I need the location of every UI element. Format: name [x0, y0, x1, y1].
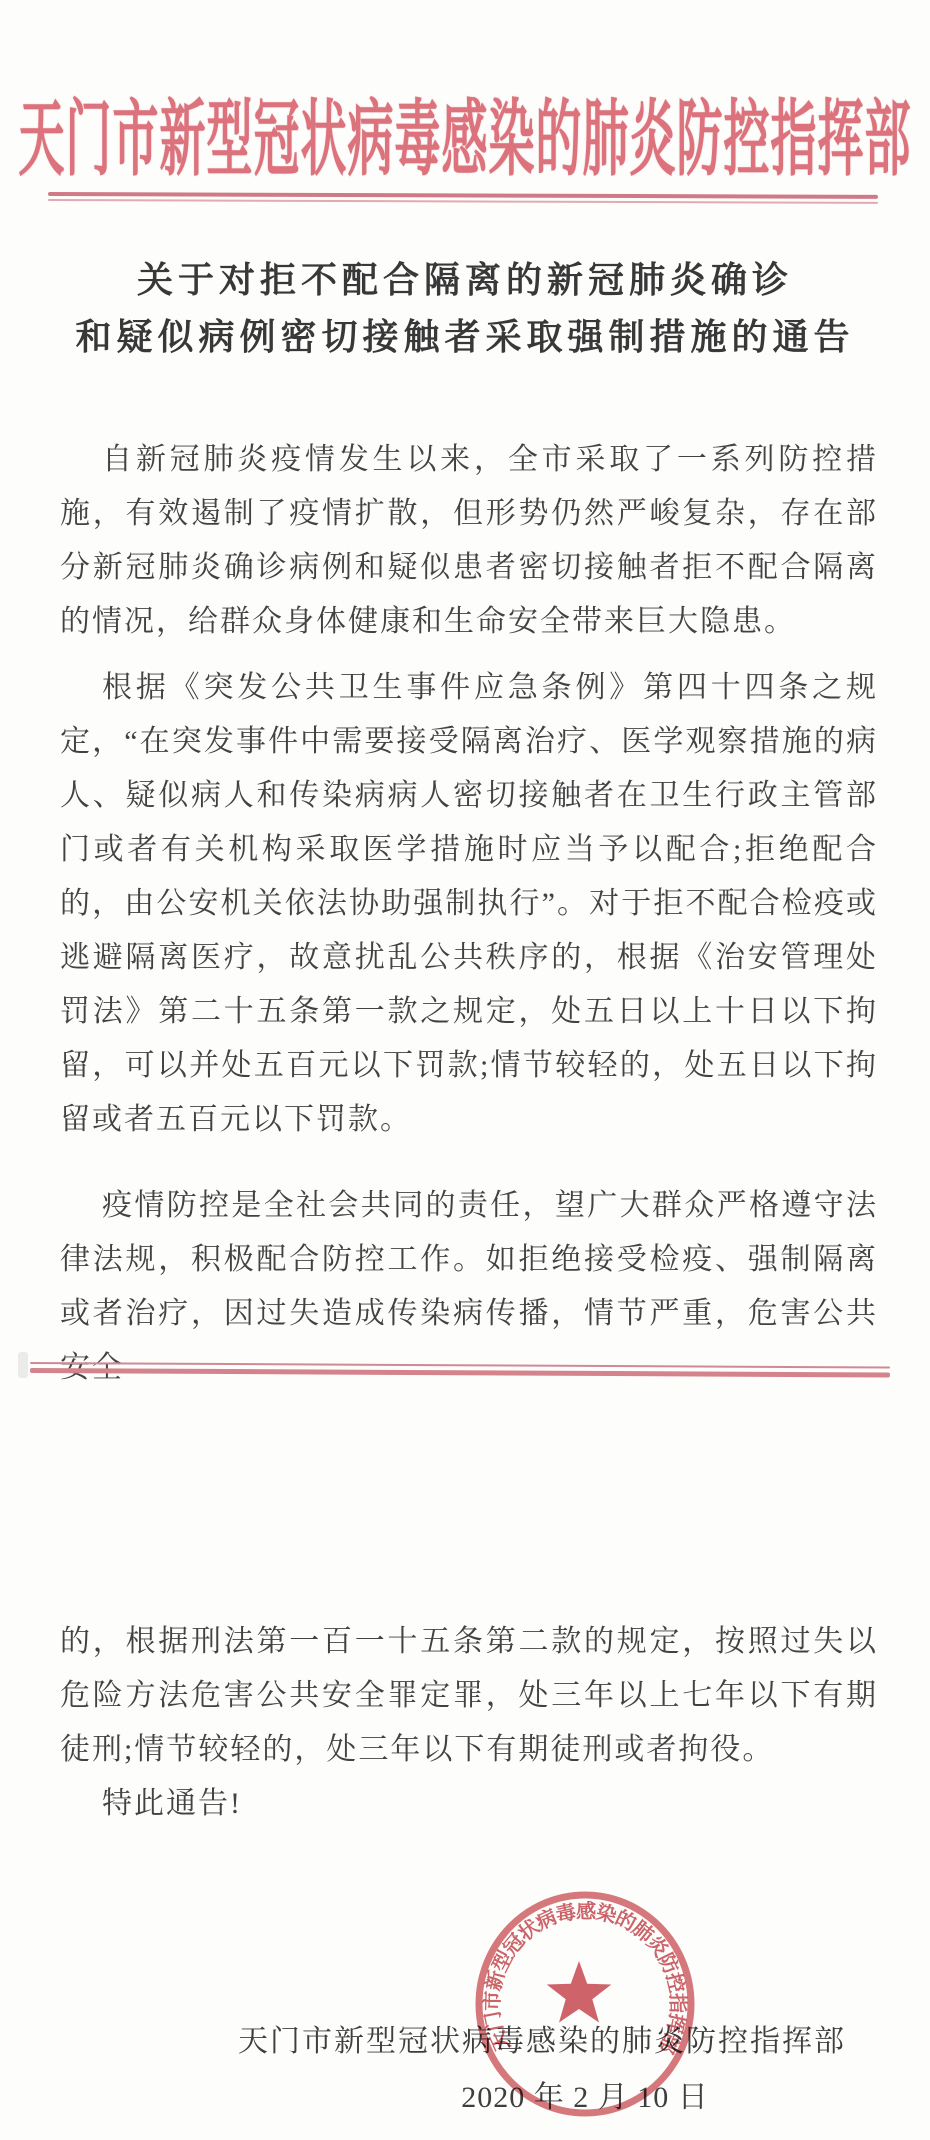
notice-document: 天门市新型冠状病毒感染的肺炎防控指挥部 关于对拒不配合隔离的新冠肺炎确诊 和疑似… [0, 0, 930, 2140]
page1-body: 自新冠肺炎疫情发生以来，全市采取了一系列防控措施，有效遏制了疫情扩散，但形势仍然… [60, 433, 878, 1395]
scan-artifact [18, 1352, 28, 1378]
document-title: 关于对拒不配合隔离的新冠肺炎确诊 和疑似病例密切接触者采取强制措施的通告 [0, 252, 930, 366]
page2-body: 的，根据刑法第一百一十五条第二款的规定，按照过失以危险方法危害公共安全罪定罪，处… [60, 1615, 878, 1831]
divider-thin-line [48, 199, 878, 204]
paragraph-4-continuation: 的，根据刑法第一百一十五条第二款的规定，按照过失以危险方法危害公共安全罪定罪，处… [60, 1615, 878, 1777]
red-star-icon [547, 1961, 612, 2023]
paragraph-1: 自新冠肺炎疫情发生以来，全市采取了一系列防控措施，有效遏制了疫情扩散，但形势仍然… [60, 433, 878, 649]
document-title-line2: 和疑似病例密切接触者采取强制措施的通告 [0, 309, 930, 366]
letterhead-org-title: 天门市新型冠状病毒感染的肺炎防控指挥部 [0, 74, 930, 193]
divider-thick-line [48, 192, 878, 199]
paragraph-2: 根据《突发公共卫生事件应急条例》第四十四条之规定，“在突发事件中需要接受隔离治疗… [60, 661, 878, 1147]
closing-statement: 特此通告! [60, 1777, 878, 1831]
official-seal: 天门市新型冠状病毒感染的肺炎防控指挥部 [462, 1876, 708, 2132]
letterhead-divider [48, 192, 878, 204]
document-title-line1: 关于对拒不配合隔离的新冠肺炎确诊 [0, 252, 930, 309]
